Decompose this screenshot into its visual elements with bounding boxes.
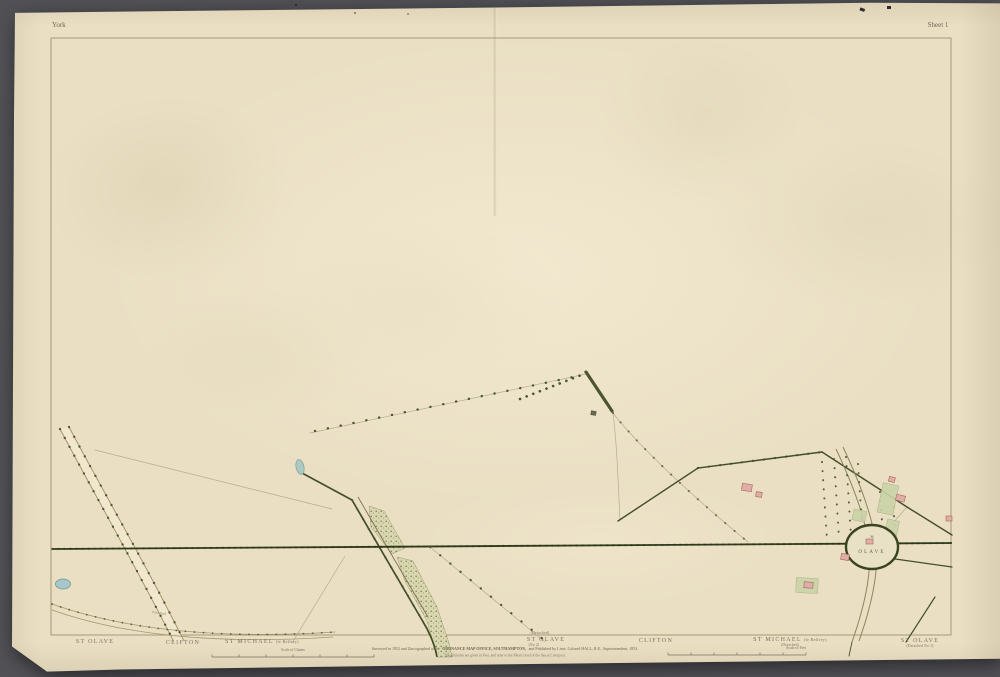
buildings bbox=[741, 476, 952, 588]
parish-label-note: (Detached No 1) bbox=[907, 644, 935, 648]
parish-label: CLIFTON bbox=[166, 640, 200, 646]
hedge-segment bbox=[586, 372, 612, 415]
avenue-boundary-line bbox=[52, 543, 952, 549]
scale-caption-right: Scale of Feet bbox=[786, 646, 807, 650]
parish-label-note: (Detached) bbox=[531, 631, 550, 635]
faint-field-boundaries bbox=[95, 374, 907, 643]
plantation-belt bbox=[302, 473, 452, 657]
photographed-map-sheet: St OLAVE Foot Path York Sheet 1 ST OLAVE… bbox=[0, 0, 1000, 677]
tree-dotted-boundaries bbox=[315, 374, 822, 639]
map-artwork: St OLAVE Foot Path York Sheet 1 ST OLAVE… bbox=[0, 0, 1000, 677]
scale-bar-right bbox=[668, 653, 806, 656]
st-olave-enclosure: St OLAVE bbox=[846, 525, 898, 569]
imprint-line-2: The Altitudes are given in Feet, and ref… bbox=[445, 654, 566, 659]
scale-caption-left: Scale of Chains bbox=[281, 648, 305, 652]
publication-imprint: Surveyed in 1852 and Zincographed at the… bbox=[372, 646, 638, 659]
parish-label: CLIFTON bbox=[639, 638, 673, 644]
scale-bar-left bbox=[212, 655, 374, 658]
parish-label: ST OLAVE bbox=[76, 639, 114, 645]
county-label: York bbox=[52, 21, 66, 29]
enclosure-label: OLAVE bbox=[858, 550, 885, 555]
small-pond bbox=[295, 459, 306, 475]
photo-dust-specks bbox=[295, 4, 891, 15]
bottom-left-lane bbox=[52, 604, 335, 640]
dark-field-boundaries bbox=[618, 452, 952, 656]
imprint-line-1: Surveyed in 1852 and Zincographed at the… bbox=[372, 646, 638, 652]
parish-label: ST MICHAEL(le Belfrey) bbox=[225, 639, 299, 645]
pond bbox=[56, 579, 71, 589]
sheet-number-label: Sheet 1 bbox=[928, 21, 949, 29]
left-tree-lined-road bbox=[60, 427, 184, 642]
